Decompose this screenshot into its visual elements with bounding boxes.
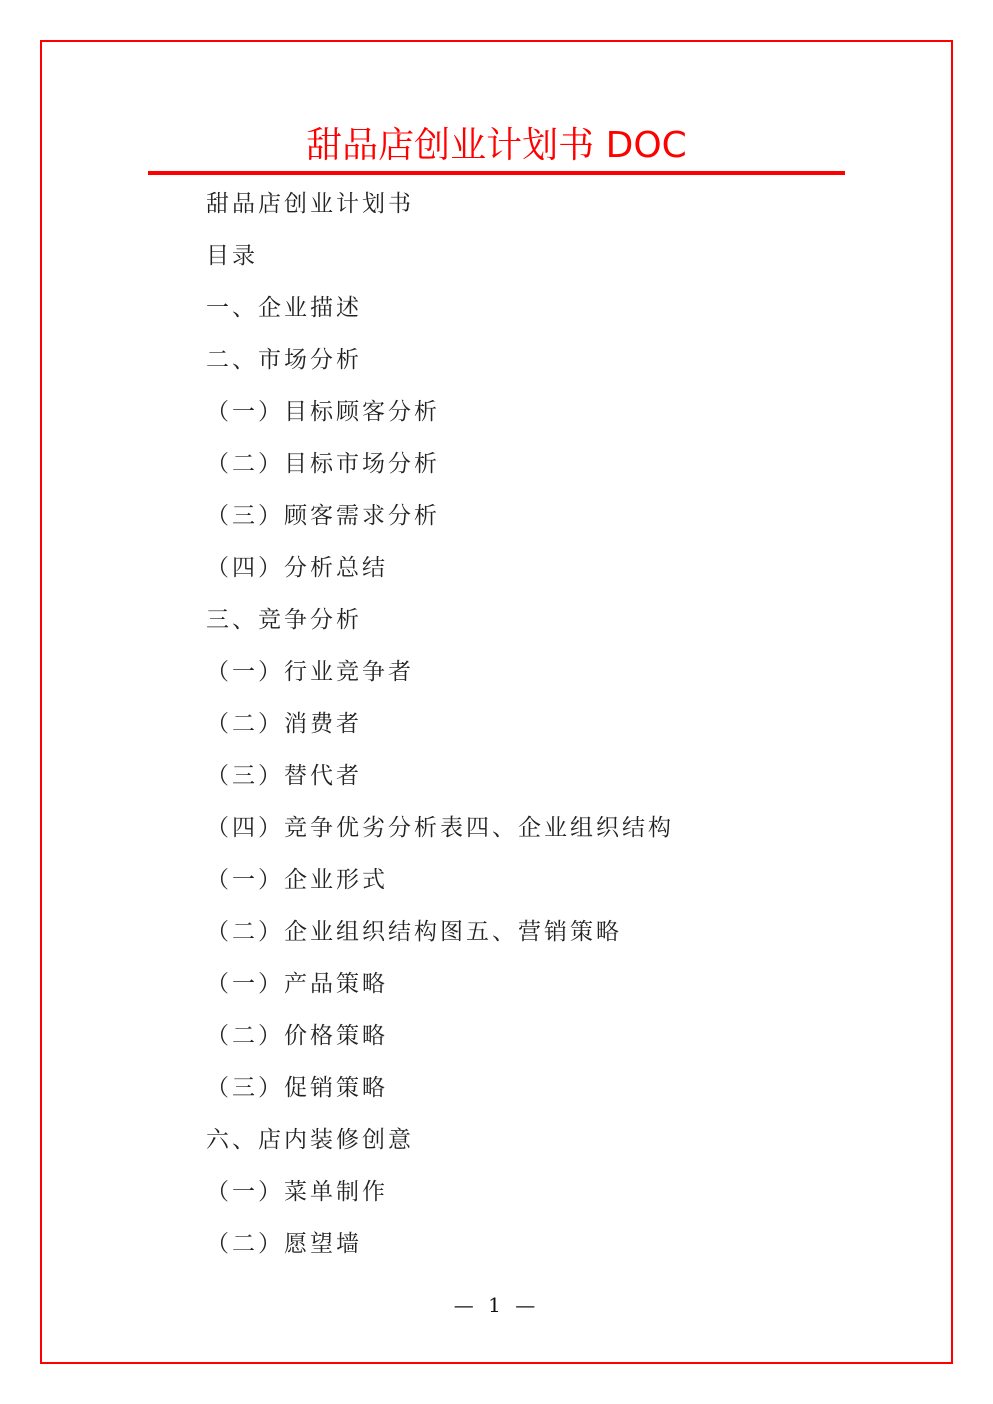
page-number: — 1 — (0, 1293, 993, 1317)
toc-subitem: （三）促销策略 (206, 1068, 674, 1120)
toc-subitem: （一）产品策略 (206, 964, 674, 1016)
toc-item: 三、竞争分析 (206, 600, 674, 652)
toc-item: 二、市场分析 (206, 340, 674, 392)
toc-subitem: （三）替代者 (206, 756, 674, 808)
toc-subitem: （四）分析总结 (206, 548, 674, 600)
toc-subitem: （二）企业组织结构图五、营销策略 (206, 912, 674, 964)
toc-subitem: （一）目标顾客分析 (206, 392, 674, 444)
toc-subitem: （二）愿望墙 (206, 1224, 674, 1276)
toc-subitem: （二）目标市场分析 (206, 444, 674, 496)
toc-subitem: （三）顾客需求分析 (206, 496, 674, 548)
toc-subitem: （四）竞争优劣分析表四、企业组织结构 (206, 808, 674, 860)
toc-subitem: （二）价格策略 (206, 1016, 674, 1068)
toc-heading: 目录 (206, 236, 674, 288)
toc-subitem: （二）消费者 (206, 704, 674, 756)
toc-item: 一、企业描述 (206, 288, 674, 340)
toc-subitem: （一）企业形式 (206, 860, 674, 912)
toc-item: 六、店内装修创意 (206, 1120, 674, 1172)
title-underline (148, 171, 845, 175)
toc-line: 甜品店创业计划书 (206, 184, 674, 236)
table-of-contents: 甜品店创业计划书 目录 一、企业描述 二、市场分析 （一）目标顾客分析 （二）目… (206, 184, 674, 1276)
toc-subitem: （一）行业竞争者 (206, 652, 674, 704)
toc-subitem: （一）菜单制作 (206, 1172, 674, 1224)
document-title: 甜品店创业计划书 DOC (0, 122, 993, 170)
